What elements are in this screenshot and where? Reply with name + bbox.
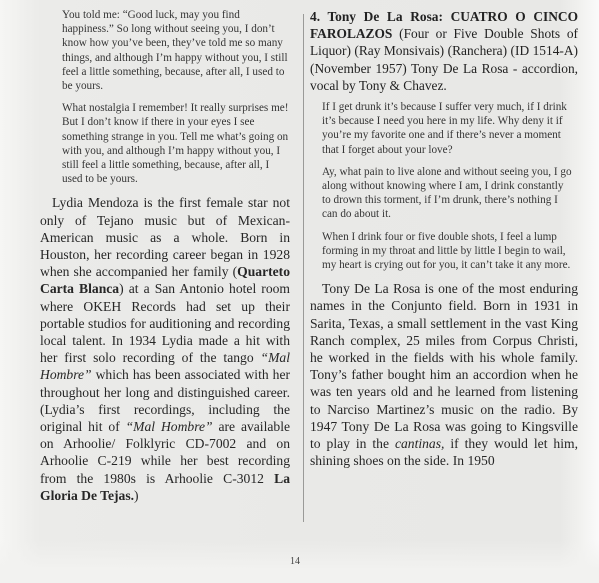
italic-word: cantinas, xyxy=(395,436,444,451)
track-heading: 4. Tony De La Rosa: CUATRO O CINCO FAROL… xyxy=(310,8,578,94)
page-number: 14 xyxy=(290,556,300,567)
lyric-stanza: You told me: “Good luck, may you find ha… xyxy=(40,8,290,93)
booklet-page: You told me: “Good luck, may you find ha… xyxy=(0,0,599,583)
left-column: You told me: “Good luck, may you find ha… xyxy=(40,8,290,504)
right-column: 4. Tony De La Rosa: CUATRO O CINCO FAROL… xyxy=(310,8,578,469)
song-title: “Mal Hombre” xyxy=(126,419,213,434)
lyric-stanza: When I drink four or five double shots, … xyxy=(310,230,578,273)
column-divider xyxy=(303,14,304,522)
lyric-stanza: If I get drunk it’s because I suffer ver… xyxy=(310,100,578,157)
lyric-stanza: Ay, what pain to live alone and without … xyxy=(310,165,578,222)
lydia-mendoza-paragraph: Lydia Mendoza is the first female star n… xyxy=(40,194,290,504)
lyric-stanza: What nostalgia I remember! It really sur… xyxy=(40,101,290,186)
tony-de-la-rosa-paragraph: Tony De La Rosa is one of the most endur… xyxy=(310,280,578,469)
